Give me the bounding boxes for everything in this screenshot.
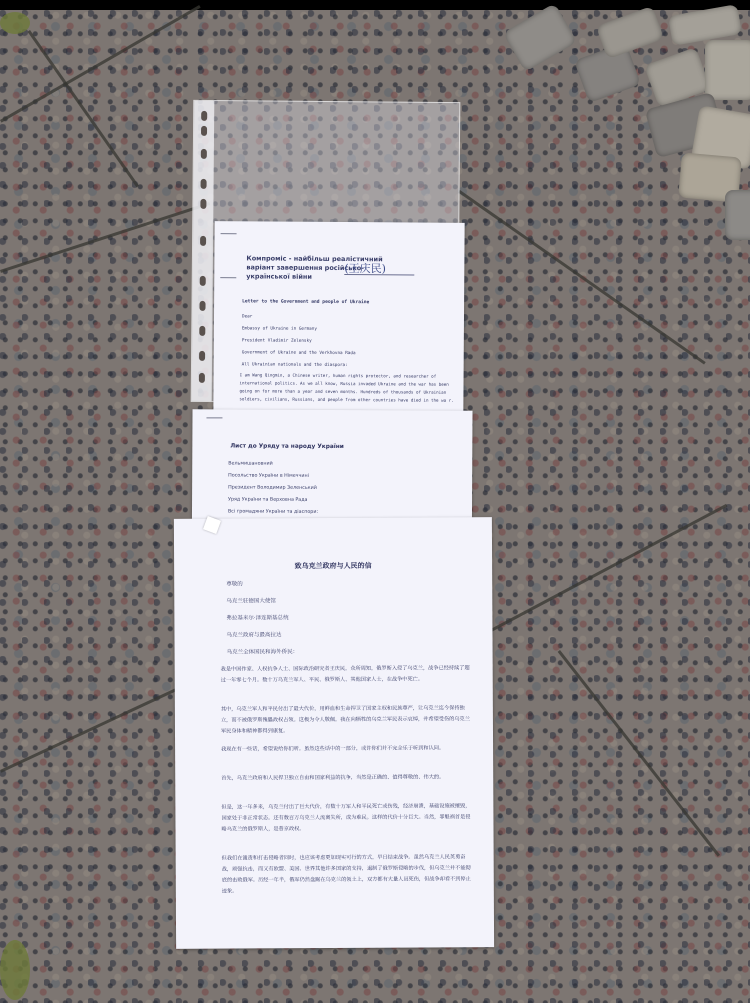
recipient-line: 弗拉基米尔·泽连斯基总统 xyxy=(226,613,288,621)
recipient-line: 乌克兰驻德国大使馆 xyxy=(226,596,276,604)
recipient-line: Уряд України та Верховна Рада xyxy=(228,497,307,502)
letter-paragraph: 我现在有一些话，希望说给你们听。虽然这些话中的一部分，或许你们并不完全乐于听到和… xyxy=(221,743,473,755)
recipient-line: Посольство України в Німеччині xyxy=(228,473,309,478)
recipient-line: Government of Ukraine and the Verkhovna … xyxy=(242,350,356,356)
pavement-seam xyxy=(0,202,210,273)
punch-hole xyxy=(199,351,205,361)
grass-tuft xyxy=(0,940,30,1000)
page-mark xyxy=(206,417,222,418)
black-top-strip xyxy=(0,0,750,10)
punch-hole xyxy=(199,373,205,383)
letter-heading: Letter to the Government and people of U… xyxy=(242,299,369,305)
cobblestone xyxy=(503,3,577,72)
recipient-line: Вельмишановний xyxy=(228,461,273,466)
pavement-seam xyxy=(470,504,727,643)
punch-hole xyxy=(201,179,207,189)
pavement-seam xyxy=(28,30,139,187)
punch-hole xyxy=(199,301,205,311)
page-mark xyxy=(221,233,237,234)
page-mark xyxy=(220,277,236,278)
punch-hole xyxy=(201,126,207,136)
letter-paragraph: 我是中国作家、人权抗争人士、国际政治研究者王庆民。众所周知，俄罗斯入侵了乌克兰，… xyxy=(221,663,473,686)
salutation-line: Dear xyxy=(242,314,252,319)
salutation-line: 尊敬的 xyxy=(226,579,243,587)
cobblestones xyxy=(500,10,750,250)
punch-hole xyxy=(200,199,206,209)
chinese-letter-page: 致乌克兰政府与人民的信 尊敬的 乌克兰驻德国大使馆 弗拉基米尔·泽连斯基总统 乌… xyxy=(174,517,494,949)
sleeve-punched-strip xyxy=(192,101,215,401)
punch-hole xyxy=(201,149,207,159)
recipient-line: Всі громадяни України та діаспори: xyxy=(228,509,318,514)
recipient-line: President Vladimir Zelensky xyxy=(242,338,312,343)
punch-hole xyxy=(199,326,205,336)
letter-body: I am Wang Qingmin, a Chinese writer, hum… xyxy=(239,371,454,405)
punch-hole xyxy=(201,111,207,121)
pavement-seam xyxy=(0,5,201,123)
chinese-letter-title: 致乌克兰政府与人民的信 xyxy=(174,560,492,572)
grass-tuft xyxy=(0,12,30,34)
recipient-line: All Ukrainian nationals and the diaspora… xyxy=(242,362,348,368)
recipient-line: Президент Володимир Зеленський xyxy=(228,485,317,490)
english-letter-page: Компроміс - найбільш реалістичний варіан… xyxy=(213,221,464,413)
cobblestone xyxy=(705,40,750,100)
letter-paragraph: 其中，乌克兰军人和平民付出了最大代价，用鲜血和生命捍卫了国家主权和民族尊严，让乌… xyxy=(221,703,473,737)
recipient-line: Embassy of Ukraine in Germany xyxy=(242,326,317,332)
cobblestone xyxy=(725,190,750,240)
cobblestone xyxy=(596,6,664,59)
pavement-seam xyxy=(558,650,720,857)
letter-paragraph: 但是，这一年多来，乌克兰付出了巨大代价，有数十万军人和平民死亡或伤残，经济崩溃，… xyxy=(221,801,473,835)
ukrainian-letter-title: Лист до Уряду та народу України xyxy=(230,443,344,450)
punch-hole xyxy=(200,276,206,286)
punch-hole xyxy=(200,236,206,246)
recipient-line: 乌克兰政府与最高拉达 xyxy=(226,630,281,638)
pavement-seam xyxy=(0,685,183,772)
recipient-line: 乌克兰全体国民和海外侨民： xyxy=(227,647,299,655)
letter-paragraph: 首先，乌克兰政府和人民捍卫独立自由和国家利益的抗争，当然是正确的、值得尊敬的、伟… xyxy=(221,772,473,784)
letter-paragraph: 但我们在谴责和打击侵略者同时，也应该考虑更加现实可行的方式，早日结束战争。虽然乌… xyxy=(222,852,474,897)
